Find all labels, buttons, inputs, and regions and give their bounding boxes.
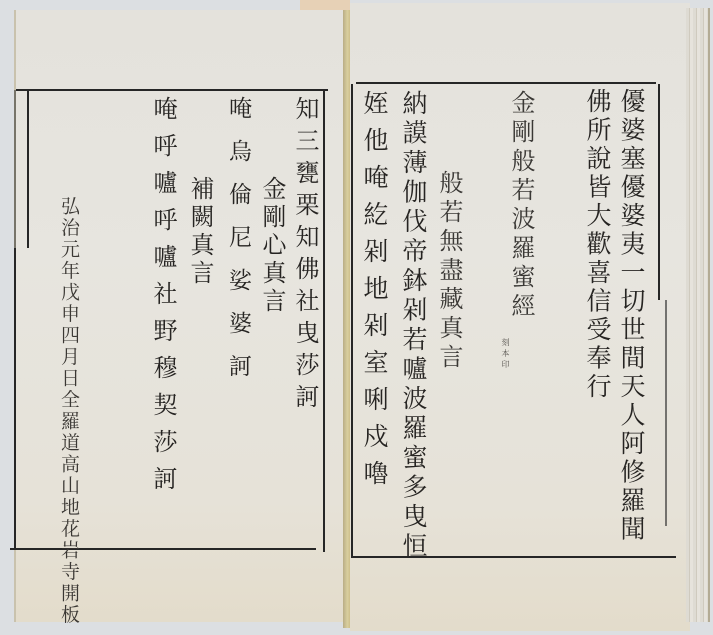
left-frame-bottom (10, 548, 316, 550)
left-frame-left-lower (14, 248, 16, 550)
text-column-r5: 納謨薄伽伐帝鉢剁若嚧波羅蜜多曳恒 (398, 90, 428, 562)
page-edges (686, 8, 710, 622)
text-column-r2: 佛所說皆大歡喜信受奉行 (582, 88, 612, 402)
small-stamp: 刻本印 (500, 338, 511, 371)
text-column-l4: 補闕真言 (185, 176, 215, 288)
text-column-r1: 優婆塞優婆夷一切世間天人阿修羅聞 (616, 88, 646, 544)
right-frame-top (356, 82, 656, 84)
text-column-r3: 金剛般若波羅蜜經 (506, 90, 536, 322)
right-frame-left (351, 84, 353, 558)
right-frame-right (658, 84, 660, 300)
left-frame-inner-left (27, 90, 29, 248)
left-frame-top (16, 89, 328, 91)
text-column-r6: 姪他唵紇剁地剁室唎戍嚕 (359, 90, 389, 497)
text-column-r4: 般若無盡藏真言 (434, 170, 464, 373)
text-column-l1: 知三甕栗知佛社曳莎訶 (290, 96, 320, 416)
text-column-l2: 金剛心真言 (257, 176, 287, 316)
colophon-column: 弘治元年戊申四月日全羅道高山地花岩寺開板 (58, 196, 80, 626)
text-column-l5: 唵呼嚧呼嚧社野穆契莎訶 (148, 96, 178, 503)
left-frame-right (323, 90, 325, 552)
text-column-l3: 唵烏倫尼娑婆訶 (223, 96, 253, 397)
left-frame-left (14, 90, 16, 248)
right-frame-right-lower (665, 300, 667, 526)
